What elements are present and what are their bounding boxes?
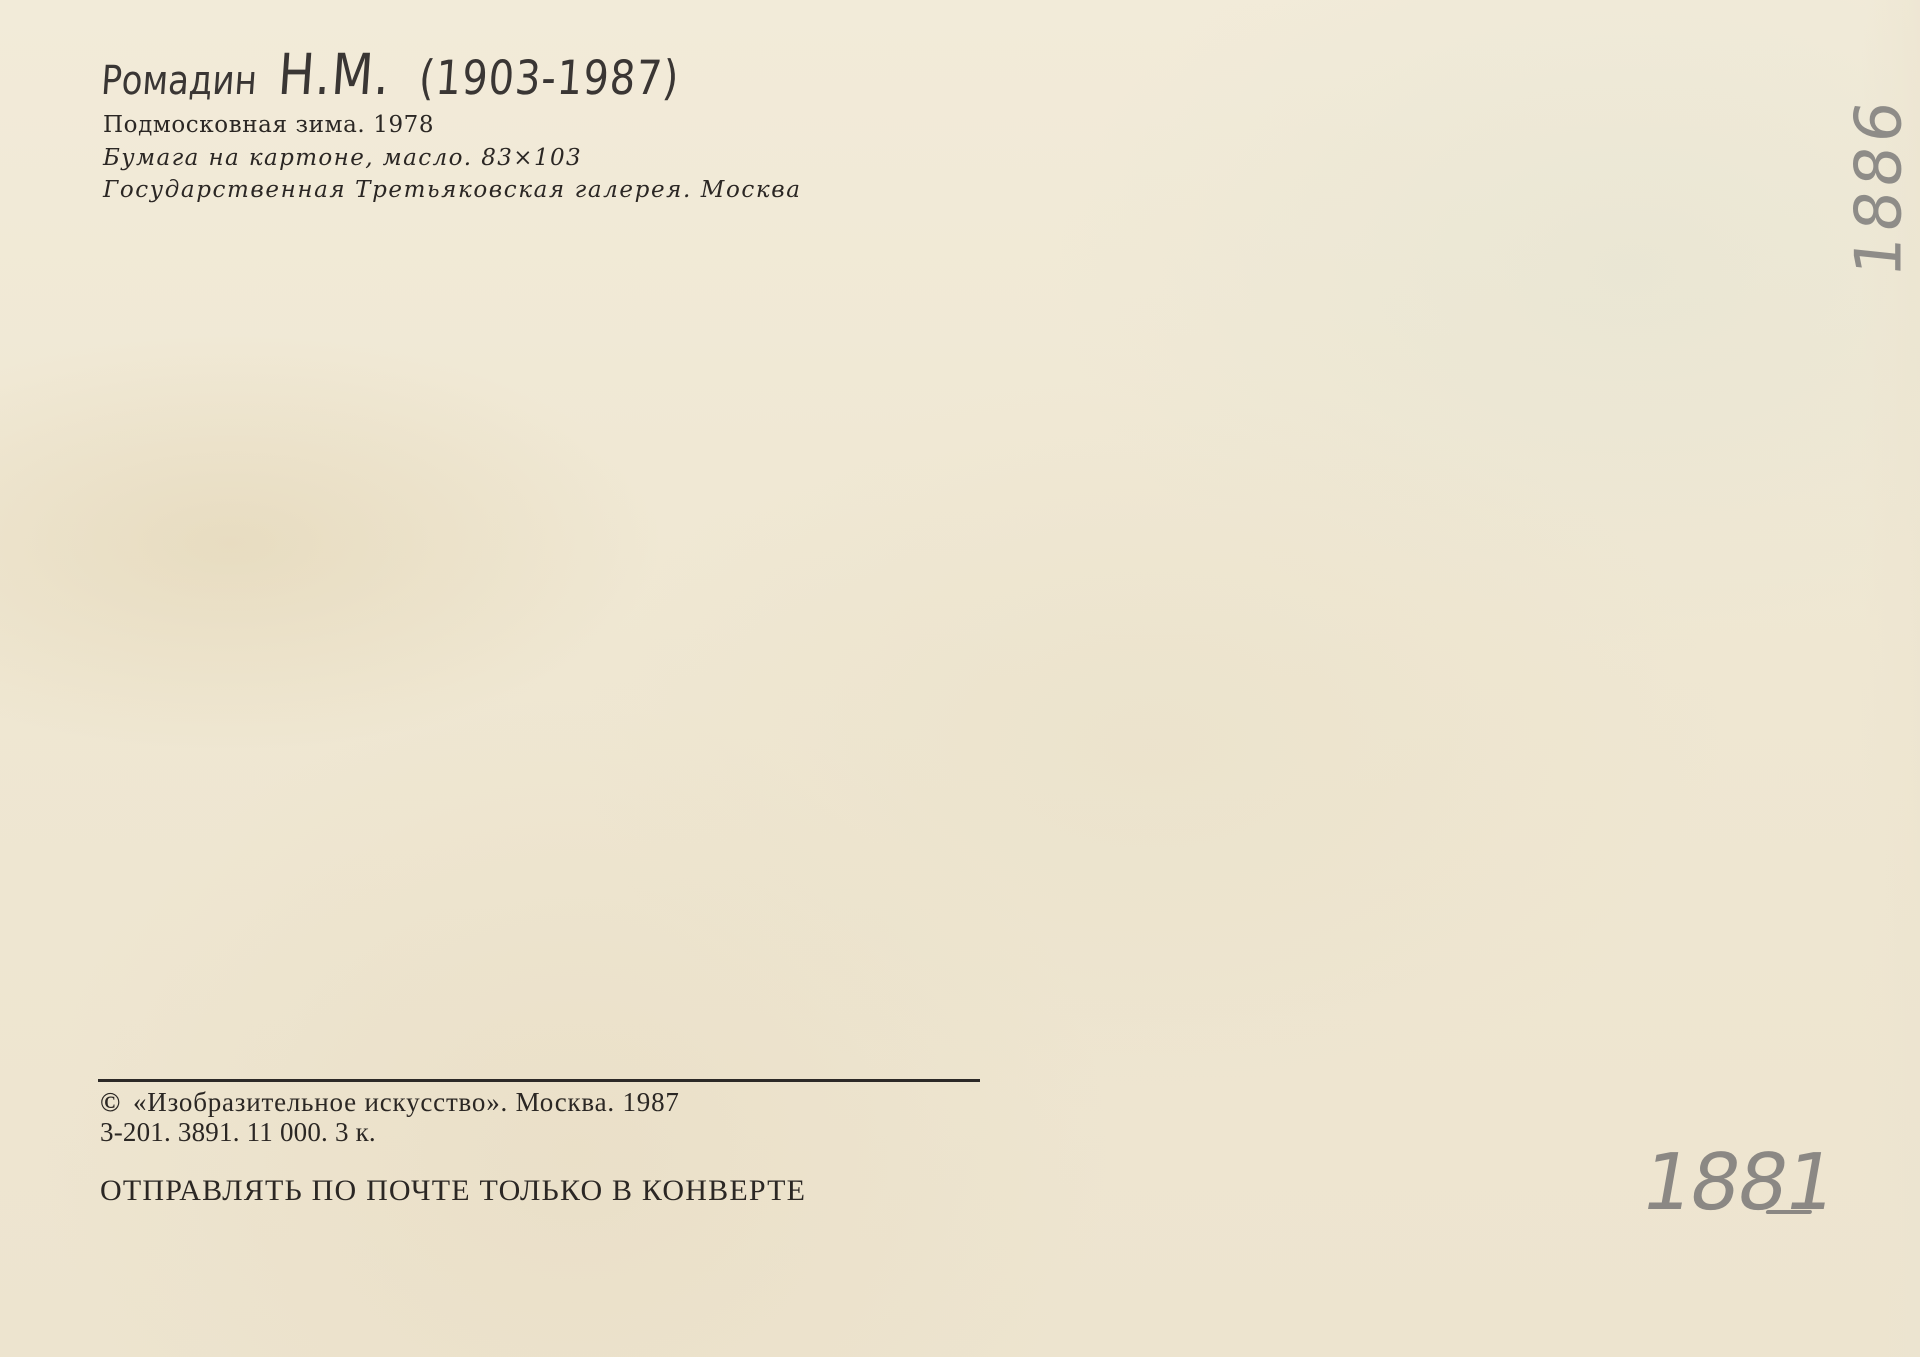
handwritten-artist-attribution: Ромадин Н.М. (1903-1987) [99, 42, 682, 108]
postcard-paper-background [0, 0, 1920, 1357]
horizontal-rule-divider [98, 1079, 980, 1082]
artist-initials: Н.М. [276, 42, 393, 108]
publisher-copyright-line: ©«Изобразительное искусство». Москва. 19… [100, 1087, 680, 1118]
artwork-title: Подмосковная зима. 1978 [103, 112, 434, 138]
copyright-icon: © [100, 1087, 121, 1117]
pencil-catalog-number: 1881 [1635, 1138, 1841, 1228]
artwork-collection: Государственная Третьяковская галерея. М… [103, 177, 802, 203]
artwork-medium-dimensions: Бумага на картоне, масло. 83×103 [103, 145, 582, 171]
postal-notice: ОТПРАВЛЯТЬ ПО ПОЧТЕ ТОЛЬКО В КОНВЕРТЕ [100, 1174, 806, 1208]
pencil-vertical-number: 1886 [1842, 94, 1916, 281]
print-codes: 3-201. 3891. 11 000. 3 к. [100, 1117, 376, 1148]
artist-life-years: (1903-1987) [417, 51, 681, 105]
artist-surname: Ромадин [100, 57, 259, 104]
publisher-name: «Изобразительное искусство». Москва. 198… [133, 1087, 680, 1117]
